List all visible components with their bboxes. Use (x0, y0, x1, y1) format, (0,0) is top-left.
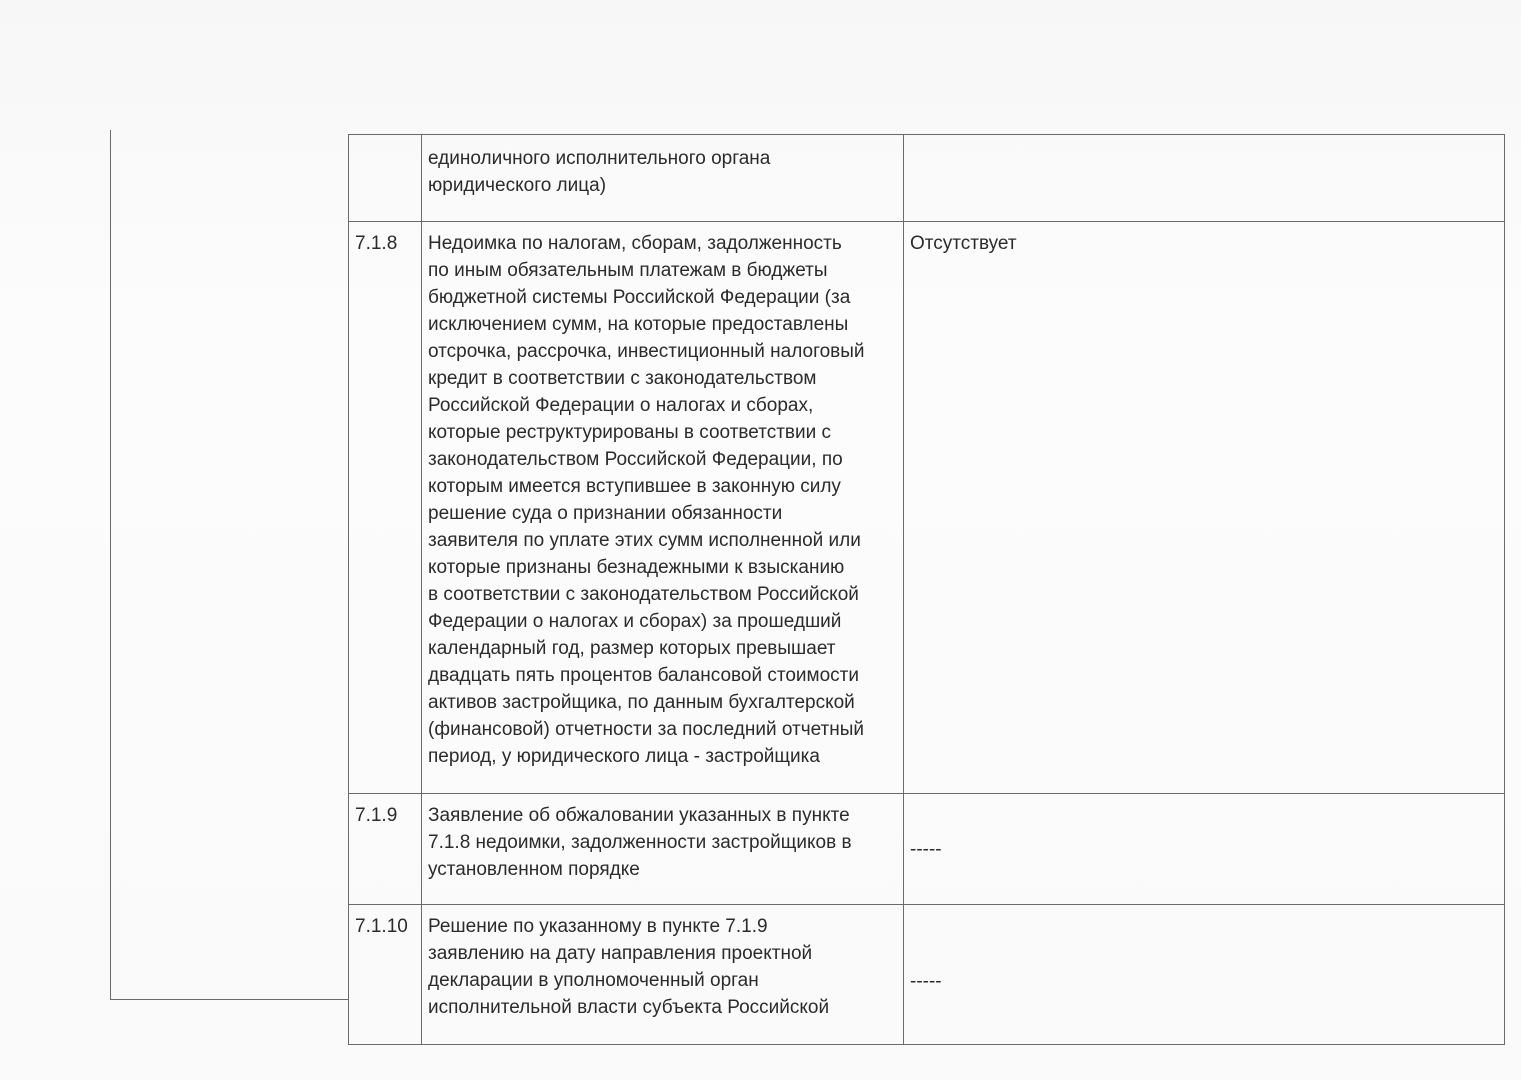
description-line: Недоимка по налогам, сборам, задолженнос… (428, 230, 897, 257)
declaration-table: единоличного исполнительного органа юрид… (348, 134, 1505, 1045)
item-number: 7.1.8 (349, 222, 422, 794)
description-line: которым имеется вступившее в законную си… (428, 473, 897, 500)
item-number (349, 135, 422, 222)
table-row: 7.1.10 Решение по указанному в пункте 7.… (349, 905, 1505, 1045)
description-line: заявлению на дату направления проектной (428, 940, 897, 967)
description-line: которые признаны безнадежными к взыскани… (428, 554, 897, 581)
description-line: Российской Федерации о налогах и сборах, (428, 392, 897, 419)
item-description: Недоимка по налогам, сборам, задолженнос… (422, 222, 904, 794)
description-line: 7.1.8 недоимки, задолженности застройщик… (428, 829, 897, 856)
item-description: Заявление об обжаловании указанных в пун… (422, 794, 904, 905)
description-line: решение суда о признании обязанности (428, 500, 897, 527)
item-value: ----- (904, 794, 1505, 905)
item-value: Отсутствует (904, 222, 1505, 794)
description-line: по иным обязательным платежам в бюджеты (428, 257, 897, 284)
item-description: единоличного исполнительного органа юрид… (422, 135, 904, 222)
description-line: установленном порядке (428, 856, 897, 883)
description-line: Заявление об обжаловании указанных в пун… (428, 802, 897, 829)
item-description: Решение по указанному в пункте 7.1.9 зая… (422, 905, 904, 1045)
description-line: исключением сумм, на которые предоставле… (428, 311, 897, 338)
description-line: заявителя по уплате этих сумм исполненно… (428, 527, 897, 554)
description-line: которые реструктурированы в соответствии… (428, 419, 897, 446)
description-line: исполнительной власти субъекта Российско… (428, 994, 897, 1021)
table-row: единоличного исполнительного органа юрид… (349, 135, 1505, 222)
description-line: бюджетной системы Российской Федерации (… (428, 284, 897, 311)
item-number: 7.1.9 (349, 794, 422, 905)
description-line: (финансовой) отчетности за последний отч… (428, 716, 897, 743)
description-line: кредит в соответствии с законодательство… (428, 365, 897, 392)
item-value: ----- (904, 905, 1505, 1045)
item-value (904, 135, 1505, 222)
description-line: декларации в уполномоченный орган (428, 967, 897, 994)
table-row: 7.1.8 Недоимка по налогам, сборам, задол… (349, 222, 1505, 794)
table-row: 7.1.9 Заявление об обжаловании указанных… (349, 794, 1505, 905)
description-line: в соответствии с законодательством Росси… (428, 581, 897, 608)
description-line: единоличного исполнительного органа (428, 145, 897, 172)
description-line: Федерации о налогах и сборах) за прошедш… (428, 608, 897, 635)
item-number: 7.1.10 (349, 905, 422, 1045)
description-line: законодательством Российской Федерации, … (428, 446, 897, 473)
scanned-page: единоличного исполнительного органа юрид… (0, 0, 1521, 1080)
merged-section-column (110, 130, 348, 1000)
description-line: юридического лица) (428, 172, 897, 199)
description-line: Решение по указанному в пункте 7.1.9 (428, 913, 897, 940)
description-line: отсрочка, рассрочка, инвестиционный нало… (428, 338, 897, 365)
description-line: активов застройщика, по данным бухгалтер… (428, 689, 897, 716)
description-line: период, у юридического лица - застройщик… (428, 743, 897, 770)
description-line: календарный год, размер которых превышае… (428, 635, 897, 662)
description-line: двадцать пять процентов балансовой стоим… (428, 662, 897, 689)
